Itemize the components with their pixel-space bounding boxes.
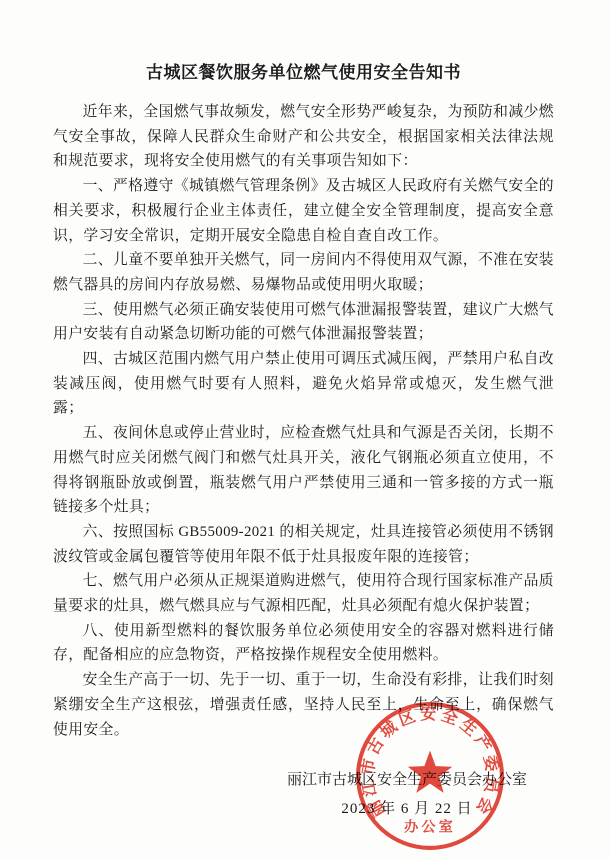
seal-bottom-text: 办公室 — [404, 819, 456, 836]
paragraph-item-7: 七、燃气用户必须从正规渠道购进燃气，使用符合现行国家标准产品质量要求的灶具，燃气… — [53, 569, 554, 618]
paragraph-item-8: 八、使用新型燃料的餐饮服务单位必须使用安全的容器对燃料进行储存，配备相应的应急物… — [53, 619, 554, 668]
paragraph-intro: 近年来，全国燃气事故频发，燃气安全形势严峻复杂，为预防和减少燃气安全事故，保障人… — [53, 100, 554, 174]
signature-org: 丽江市古城区安全生产委员会办公室 — [287, 769, 527, 791]
paragraph-item-4: 四、古城区范围内燃气用户禁止使用可调压式减压阀，严禁用户私自改装减压阀，使用燃气… — [53, 347, 554, 421]
paragraph-item-3: 三、使用燃气必须正确安装使用可燃气体泄漏报警装置，建议广大燃气用户安装有自动紧急… — [53, 298, 554, 347]
paragraph-closing: 安全生产高于一切、先于一切、重于一切，生命没有彩排，让我们时刻紧绷安全生产这根弦… — [53, 668, 554, 742]
document-title: 古城区餐饮服务单位燃气使用安全告知书 — [53, 58, 554, 83]
paragraph-item-5: 五、夜间休息或停止营业时，应检查燃气灶具和气源是否关闭，长期不用燃气时应关闭燃气… — [53, 421, 554, 520]
paragraph-item-2: 二、儿童不要单独开关燃气，同一房间内不得使用双气源，不准在安装燃气器具的房间内存… — [53, 248, 554, 297]
paragraph-item-6: 六、按照国标 GB55009-2021 的相关规定，灶具连接管必须使用不锈钢波纹… — [53, 520, 554, 569]
document-page: 古城区餐饮服务单位燃气使用安全告知书 近年来，全国燃气事故频发，燃气安全形势严峻… — [0, 0, 610, 858]
paragraph-item-1: 一、严格遵守《城镇燃气管理条例》及古城区人民政府有关燃气安全的相关要求，积极履行… — [53, 174, 554, 248]
signature-block: 丽江市古城区安全生产委员会办公室 2023 年 6 月 22 日 — [53, 769, 554, 820]
signature-date: 2023 年 6 月 22 日 — [287, 798, 527, 820]
